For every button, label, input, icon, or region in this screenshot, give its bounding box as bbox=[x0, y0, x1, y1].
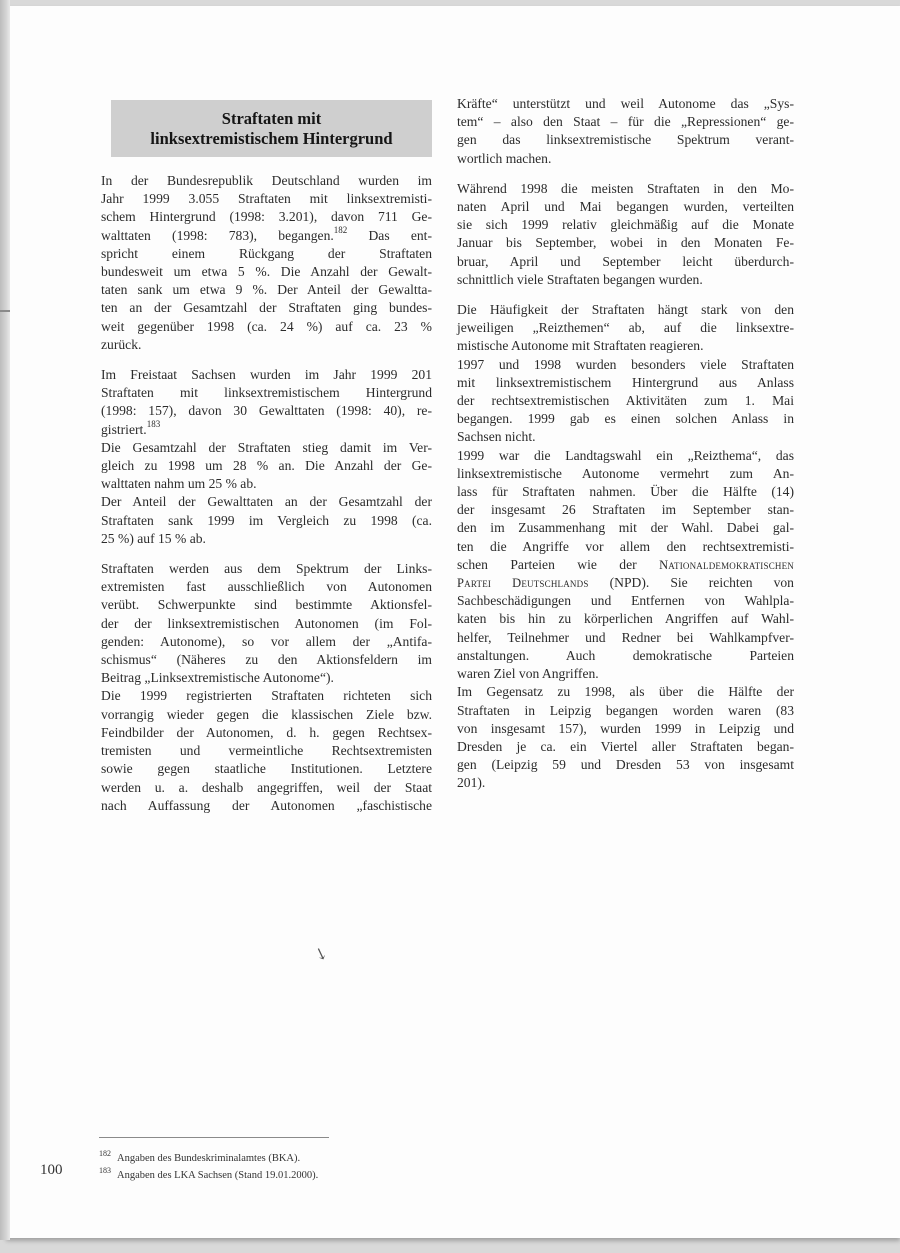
text-line: schen Parteien wie der Nationaldemokrati… bbox=[457, 556, 794, 574]
text-line: bundesweit um etwa 5 %. Die Anzahl der G… bbox=[101, 263, 432, 281]
footnote-text: Angaben des LKA Sachsen (Stand 19.01.200… bbox=[117, 1170, 318, 1181]
footnote-ref-183[interactable]: 183 bbox=[147, 419, 161, 429]
text-line: schem Hintergrund (1998: 3.201), davon 7… bbox=[101, 208, 432, 226]
footnote-182: 182Angaben des Bundeskriminalamtes (BKA)… bbox=[99, 1150, 318, 1167]
text-line: zurück. bbox=[101, 336, 432, 354]
footnote-number: 183 bbox=[99, 1166, 111, 1175]
text-line: Januar bis September, wobei in den Monat… bbox=[457, 234, 794, 252]
paragraph-violence-share: Der Anteil der Gewalttaten an der Gesamt… bbox=[101, 493, 432, 548]
text-segment: walttaten (1998: 783), begangen. bbox=[101, 228, 334, 243]
text-line: helfer, Teilnehmer und Redner bei Wahlka… bbox=[457, 629, 794, 647]
text-line: Kräfte“ unterstützt und weil Autonome da… bbox=[457, 95, 794, 113]
text-line: jeweiligen „Reizthemen“ ab, auf die link… bbox=[457, 319, 794, 337]
text-line: taten sank um etwa 9 %. Der Anteil der G… bbox=[101, 281, 432, 299]
text-line: 201). bbox=[457, 774, 794, 792]
text-line: Sachbeschädigungen und Entfernen von Wah… bbox=[457, 592, 794, 610]
paragraph-autonomous-actors: Straftaten werden aus dem Spektrum der L… bbox=[101, 560, 432, 687]
text-line: mit linksextremistischem Hintergrund aus… bbox=[457, 374, 794, 392]
text-line: Partei Deutschlands (NPD). Sie reichten … bbox=[457, 574, 794, 592]
text-segment: schen Parteien wie der bbox=[457, 557, 637, 572]
text-line: In der Bundesrepublik Deutschland wurden… bbox=[101, 172, 432, 190]
text-segment: Das ent- bbox=[368, 228, 432, 243]
text-line: wortlich machen. bbox=[457, 150, 794, 168]
footnotes: 182Angaben des Bundeskriminalamtes (BKA)… bbox=[99, 1150, 318, 1184]
footnote-number: 182 bbox=[99, 1149, 111, 1158]
paragraph-targets: Die 1999 registrierten Straftaten richte… bbox=[101, 687, 432, 814]
text-line: Die Häufigkeit der Straftaten hängt star… bbox=[457, 301, 794, 319]
text-line: gistriert.183 bbox=[101, 421, 432, 439]
text-line: begangen. 1999 gab es einen solchen Anla… bbox=[457, 410, 794, 428]
text-line: der der linksextremistischen Autonomen (… bbox=[101, 615, 432, 633]
text-line: verübt. Schwerpunkte sind bestimmte Akti… bbox=[101, 596, 432, 614]
party-name-small-caps: Partei Deutschlands bbox=[457, 576, 589, 590]
paragraph-total-increase: Die Gesamtzahl der Straftaten stieg dami… bbox=[101, 439, 432, 494]
text-line: Im Freistaat Sachsen wurden im Jahr 1999… bbox=[101, 366, 432, 384]
left-column: In der Bundesrepublik Deutschland wurden… bbox=[101, 172, 432, 815]
footnote-divider bbox=[99, 1137, 329, 1138]
text-line: katen bis hin zu körperlichen Angriffen … bbox=[457, 610, 794, 628]
text-line: Im Gegensatz zu 1998, als über die Hälft… bbox=[457, 683, 794, 701]
text-line: Feindbilder der Autonomen, d. h. gegen R… bbox=[101, 724, 432, 742]
text-line: Der Anteil der Gewalttaten an der Gesamt… bbox=[101, 493, 432, 511]
paragraph-state-election: 1999 war die Landtagswahl ein „Reizthema… bbox=[457, 447, 794, 684]
paragraph-trigger-topics: Die Häufigkeit der Straftaten hängt star… bbox=[457, 301, 794, 356]
text-line: linksextremistische Autonome vermehrt zu… bbox=[457, 465, 794, 483]
text-line: sowie gegen staatliche Institutionen. Le… bbox=[101, 760, 432, 778]
footnote-183: 183Angaben des LKA Sachsen (Stand 19.01.… bbox=[99, 1167, 318, 1184]
text-line: genden: Autonome), so vor allem der „Ant… bbox=[101, 633, 432, 651]
text-line: Die 1999 registrierten Straftaten richte… bbox=[101, 687, 432, 705]
text-line: anstaltungen. Auch demokratische Parteie… bbox=[457, 647, 794, 665]
text-line: ten die Angriffe vor allem den rechtsext… bbox=[457, 538, 794, 556]
text-line: (1998: 157), davon 30 Gewalttaten (1998:… bbox=[101, 402, 432, 420]
text-segment: (NPD). Sie reichten von bbox=[610, 575, 794, 590]
footnote-ref-182[interactable]: 182 bbox=[334, 225, 348, 235]
text-line: gleich zu 1998 um 28 % an. Die Anzahl de… bbox=[101, 457, 432, 475]
paragraph-may-day: 1997 und 1998 wurden besonders viele Str… bbox=[457, 356, 794, 447]
book-spine-edge bbox=[0, 0, 10, 1240]
text-line: von insgesamt 157), wurden 1999 in Leipz… bbox=[457, 720, 794, 738]
text-line: gen (Leipzig 59 und Dresden 53 von insge… bbox=[457, 756, 794, 774]
right-column: Kräfte“ unterstützt und weil Autonome da… bbox=[457, 95, 794, 793]
paragraph-federal-statistics: In der Bundesrepublik Deutschland wurden… bbox=[101, 172, 432, 354]
paragraph-saxony-statistics: Im Freistaat Sachsen wurden im Jahr 1999… bbox=[101, 366, 432, 439]
text-line: gen das linksextremistische Spektrum ver… bbox=[457, 131, 794, 149]
text-line: mistische Autonome mit Straftaten reagie… bbox=[457, 337, 794, 355]
text-line: Straftaten sank 1999 im Vergleich zu 199… bbox=[101, 512, 432, 530]
text-line: 25 %) auf 15 % ab. bbox=[101, 530, 432, 548]
text-line: der insgesamt 26 Straftaten im September… bbox=[457, 501, 794, 519]
section-title-box: Straftaten mit linksextremistischem Hint… bbox=[111, 100, 432, 157]
text-line: 1999 war die Landtagswahl ein „Reizthema… bbox=[457, 447, 794, 465]
text-line: Dresden je ca. ein Viertel aller Strafta… bbox=[457, 738, 794, 756]
text-line: lass für Straftaten nahmen. Über die Häl… bbox=[457, 483, 794, 501]
section-title-line-2: linksextremistischem Hintergrund bbox=[150, 129, 392, 149]
paragraph-city-distribution: Im Gegensatz zu 1998, als über die Hälft… bbox=[457, 683, 794, 792]
text-line: schnittlich viele Straftaten begangen wu… bbox=[457, 271, 794, 289]
text-line: Beitrag „Linksextremistische Autonome“). bbox=[101, 669, 432, 687]
text-line: Straftaten werden aus dem Spektrum der L… bbox=[101, 560, 432, 578]
text-line: der rechtsextremistischen Aktivitäten zu… bbox=[457, 392, 794, 410]
text-line: tremisten und vermeintliche Rechtsextrem… bbox=[101, 742, 432, 760]
text-line: tem“ – also den Staat – für die „Repress… bbox=[457, 113, 794, 131]
text-line: ten an der Gesamtzahl der Straftaten gin… bbox=[101, 299, 432, 317]
text-line: walttaten (1998: 783), begangen.182 Das … bbox=[101, 227, 432, 245]
text-line: Sachsen nicht. bbox=[457, 428, 794, 446]
text-line: bruar, April und September leicht überdu… bbox=[457, 253, 794, 271]
text-line: naten April und Mai begangen wurden, ver… bbox=[457, 198, 794, 216]
text-line: 1997 und 1998 wurden besonders viele Str… bbox=[457, 356, 794, 374]
text-line: sie sich 1999 relativ gleichmäßig auf di… bbox=[457, 216, 794, 234]
paragraph-monthly-distribution: Während 1998 die meisten Straftaten in d… bbox=[457, 180, 794, 289]
text-line: weit gegenüber 1998 (ca. 24 %) auf ca. 2… bbox=[101, 318, 432, 336]
text-line: Jahr 1999 3.055 Straftaten mit linksextr… bbox=[101, 190, 432, 208]
section-title-line-1: Straftaten mit bbox=[222, 109, 321, 129]
spine-mark bbox=[0, 310, 10, 312]
footnote-text: Angaben des Bundeskriminalamtes (BKA). bbox=[117, 1153, 300, 1164]
text-line: Während 1998 die meisten Straftaten in d… bbox=[457, 180, 794, 198]
text-line: Die Gesamtzahl der Straftaten stieg dami… bbox=[101, 439, 432, 457]
text-line: Straftaten in Leipzig begangen worden wa… bbox=[457, 702, 794, 720]
text-line: waren Ziel von Angriffen. bbox=[457, 665, 794, 683]
text-line: extremisten fast ausschließlich von Auto… bbox=[101, 578, 432, 596]
text-line: nach Auffassung der Autonomen „faschisti… bbox=[101, 797, 432, 815]
text-line: vorrangig wieder gegen die klassischen Z… bbox=[101, 706, 432, 724]
text-line: walttaten nahm um 25 % ab. bbox=[101, 475, 432, 493]
text-segment: gistriert. bbox=[101, 422, 147, 437]
text-line: spricht einem Rückgang der Straftaten bbox=[101, 245, 432, 263]
party-name-small-caps: Nationaldemokratischen bbox=[659, 558, 794, 572]
text-line: schismus“ (Näheres zu den Aktionsfeldern… bbox=[101, 651, 432, 669]
paragraph-targets-continued: Kräfte“ unterstützt und weil Autonome da… bbox=[457, 95, 794, 168]
text-line: den im Zusammenhang mit der Wahl. Dabei … bbox=[457, 519, 794, 537]
text-line: Straftaten mit linksextremistischem Hint… bbox=[101, 384, 432, 402]
text-line: werden u. a. deshalb angegriffen, weil d… bbox=[101, 779, 432, 797]
page-number: 100 bbox=[40, 1162, 63, 1179]
